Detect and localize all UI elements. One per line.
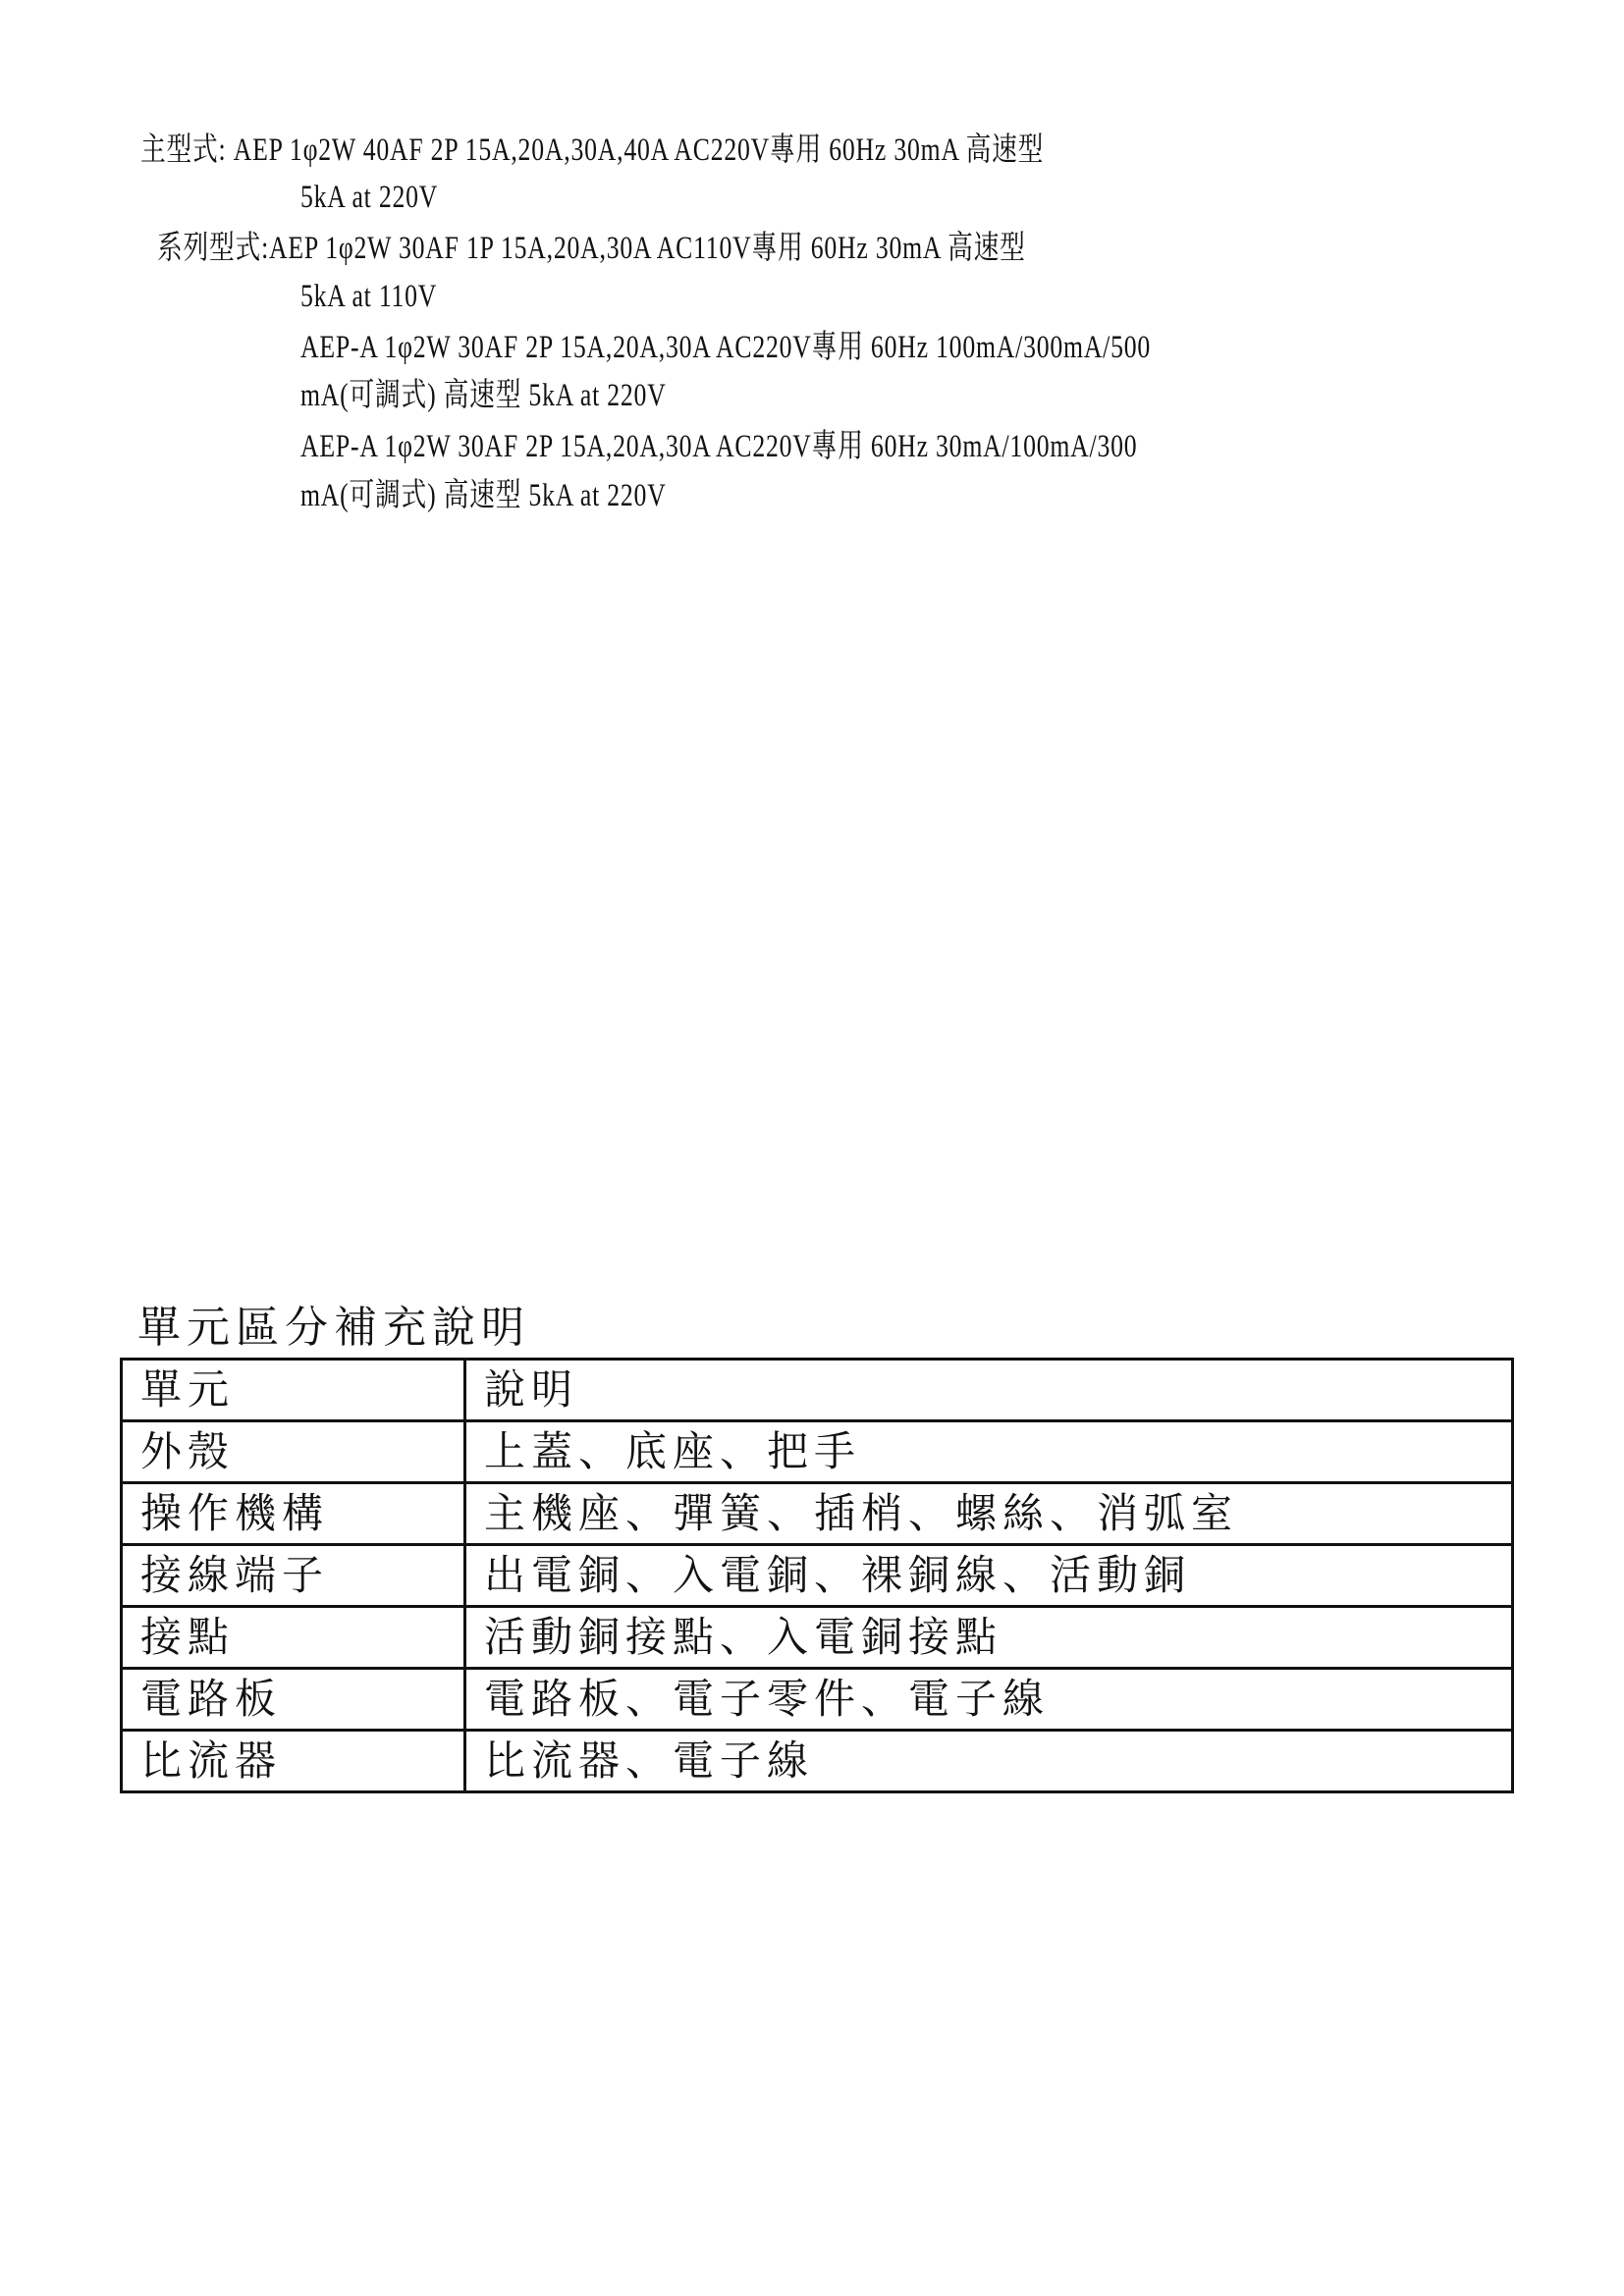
unit-cell: 比流器 [122, 1731, 465, 1792]
description-cell: 出電銅、入電銅、裸銅線、活動銅 [465, 1545, 1513, 1607]
description-cell: 活動銅接點、入電銅接點 [465, 1607, 1513, 1669]
series-model-3-line-1: AEP-A 1φ2W 30AF 2P 15A,20A,30A AC220V專用 … [300, 422, 1137, 471]
unit-cell: 接線端子 [122, 1545, 465, 1607]
series-model-2-line-1: AEP-A 1φ2W 30AF 2P 15A,20A,30A AC220V專用 … [300, 323, 1151, 372]
series-model-1-line-2: 5kA at 110V [300, 272, 437, 321]
description-cell: 比流器、電子線 [465, 1731, 1513, 1792]
description-cell: 電路板、電子零件、電子線 [465, 1669, 1513, 1731]
unit-description-table: 單元 說明 外殼 上蓋、底座、把手 操作機構 主機座、彈簧、插梢、螺絲、消弧室 … [120, 1358, 1514, 1793]
table-row: 電路板 電路板、電子零件、電子線 [122, 1669, 1513, 1731]
series-model-2-line-2: mA(可調式) 高速型 5kA at 220V [300, 371, 667, 420]
unit-cell: 外殼 [122, 1421, 465, 1483]
series-model-1-line-1: 系列型式:AEP 1φ2W 30AF 1P 15A,20A,30A AC110V… [157, 224, 1026, 273]
table-row: 接線端子 出電銅、入電銅、裸銅線、活動銅 [122, 1545, 1513, 1607]
description-cell: 主機座、彈簧、插梢、螺絲、消弧室 [465, 1483, 1513, 1545]
table-row: 比流器 比流器、電子線 [122, 1731, 1513, 1792]
series-model-3-line-2: mA(可調式) 高速型 5kA at 220V [300, 471, 667, 520]
main-model-line-1: 主型式: AEP 1φ2W 40AF 2P 15A,20A,30A,40A AC… [140, 126, 1044, 175]
unit-cell: 接點 [122, 1607, 465, 1669]
main-model-line-2: 5kA at 220V [300, 173, 438, 222]
section-title: 單元區分補充說明 [137, 1301, 530, 1356]
unit-cell: 操作機構 [122, 1483, 465, 1545]
unit-cell: 電路板 [122, 1669, 465, 1731]
table-row: 操作機構 主機座、彈簧、插梢、螺絲、消弧室 [122, 1483, 1513, 1545]
header-cell-unit: 單元 [122, 1360, 465, 1421]
table-row: 接點 活動銅接點、入電銅接點 [122, 1607, 1513, 1669]
table-header-row: 單元 說明 [122, 1360, 1513, 1421]
description-cell: 上蓋、底座、把手 [465, 1421, 1513, 1483]
header-cell-description: 說明 [465, 1360, 1513, 1421]
table-row: 外殼 上蓋、底座、把手 [122, 1421, 1513, 1483]
